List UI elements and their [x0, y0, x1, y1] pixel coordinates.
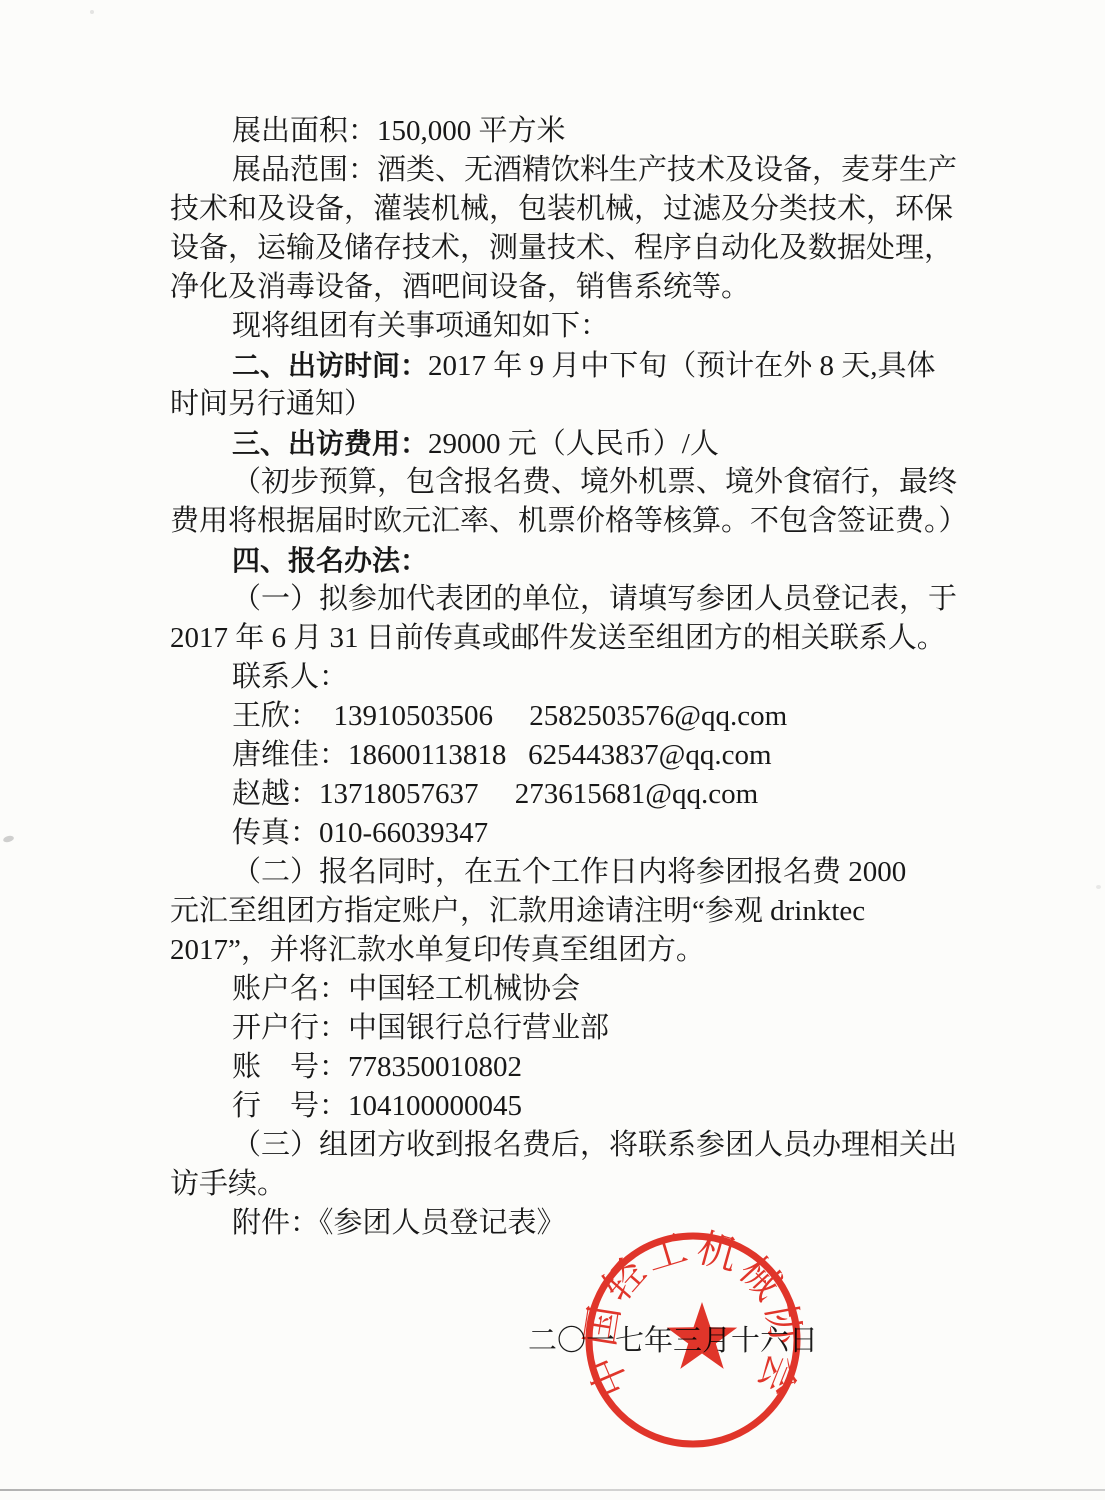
scan-edge-line: [0, 1489, 1105, 1491]
text-segment: 设备，运输及储存技术，测量技术、程序自动化及数据处理，: [170, 232, 953, 264]
text-line: 设备，运输及储存技术，测量技术、程序自动化及数据处理，: [170, 229, 980, 268]
text-segment: 净化及消毒设备，酒吧间设备，销售系统等。: [170, 271, 750, 303]
text-segment: 2017 年 9 月中下旬（预计在外 8 天,具体: [428, 350, 936, 382]
text-segment: 2017 年 6 月 31 日前传真或邮件发送至组团方的相关联系人。: [170, 622, 946, 654]
heading-segment: 三、出访费用：: [232, 428, 428, 459]
text-line: 2017 年 6 月 31 日前传真或邮件发送至组团方的相关联系人。: [170, 619, 980, 658]
text-line: 现将组团有关事项通知如下：: [170, 307, 980, 346]
text-segment: 费用将根据届时欧元汇率、机票价格等核算。不包含签证费。）: [170, 505, 968, 537]
official-seal-stamp: 中国轻工机械协会: [577, 1224, 809, 1456]
text-line: 二、出访时间：2017 年 9 月中下旬（预计在外 8 天,具体: [170, 346, 980, 385]
text-line: 费用将根据届时欧元汇率、机票价格等核算。不包含签证费。）: [170, 502, 980, 541]
text-line: 联系人：: [170, 658, 980, 697]
text-line: 展品范围：酒类、无酒精饮料生产技术及设备，麦芽生产: [170, 151, 980, 190]
text-line: 时间另行通知）: [170, 385, 980, 424]
text-segment: （三）组团方收到报名费后，将联系参团人员办理相关出: [232, 1129, 957, 1161]
text-line: 王欣： 13910503506 2582503576@qq.com: [170, 697, 980, 736]
text-segment: 开户行：中国银行总行营业部: [232, 1012, 609, 1044]
text-segment: 元汇至组团方指定账户，汇款用途请注明“参观 drinktec: [170, 895, 865, 927]
text-segment: 29000 元（人民币）/人: [428, 428, 719, 460]
text-segment: 展出面积：150,000 平方米: [232, 115, 566, 147]
document-lines: 展出面积：150,000 平方米展品范围：酒类、无酒精饮料生产技术及设备，麦芽生…: [170, 112, 980, 1243]
scan-speck: [90, 10, 94, 14]
text-segment: 账户名：中国轻工机械协会: [232, 973, 580, 1005]
text-segment: 技术和及设备，灌装机械，包装机械，过滤及分类技术，环保: [170, 193, 953, 225]
text-line: 赵越：13718057637 273615681@qq.com: [170, 775, 980, 814]
text-segment: 唐维佳：18600113818 625443837@qq.com: [232, 739, 772, 771]
text-segment: 赵越：13718057637 273615681@qq.com: [232, 778, 758, 810]
text-line: 附件：《参团人员登记表》: [170, 1204, 980, 1243]
text-line: 2017”，并将汇款水单复印传真至组团方。: [170, 931, 980, 970]
text-line: 开户行：中国银行总行营业部: [170, 1009, 980, 1048]
text-line: 唐维佳：18600113818 625443837@qq.com: [170, 736, 980, 775]
text-segment: 时间另行通知）: [170, 388, 373, 420]
text-segment: 王欣： 13910503506 2582503576@qq.com: [232, 700, 787, 732]
seal-text: 中国轻工机械协会: [577, 1225, 809, 1404]
text-line: （初步预算，包含报名费、境外机票、境外食宿行，最终: [170, 463, 980, 502]
text-line: （一）拟参加代表团的单位，请填写参团人员登记表，于: [170, 580, 980, 619]
text-segment: 访手续。: [170, 1168, 286, 1200]
text-segment: （一）拟参加代表团的单位，请填写参团人员登记表，于: [232, 583, 957, 615]
text-line: 三、出访费用：29000 元（人民币）/人: [170, 424, 980, 463]
scan-speck: [1096, 885, 1101, 889]
text-line: 账户名：中国轻工机械协会: [170, 970, 980, 1009]
text-segment: （初步预算，包含报名费、境外机票、境外食宿行，最终: [232, 466, 957, 498]
text-segment: 展品范围：酒类、无酒精饮料生产技术及设备，麦芽生产: [232, 154, 957, 186]
text-line: 四、报名办法：: [170, 541, 980, 580]
text-line: 行 号：104100000045: [170, 1087, 980, 1126]
text-segment: 附件：《参团人员登记表》: [232, 1207, 566, 1239]
text-segment: 现将组团有关事项通知如下：: [232, 310, 609, 342]
text-line: （二）报名同时，在五个工作日内将参团报名费 2000: [170, 853, 980, 892]
text-segment: 联系人：: [232, 661, 348, 693]
text-line: 展出面积：150,000 平方米: [170, 112, 980, 151]
text-line: 净化及消毒设备，酒吧间设备，销售系统等。: [170, 268, 980, 307]
text-line: （三）组团方收到报名费后，将联系参团人员办理相关出: [170, 1126, 980, 1165]
heading-segment: 二、出访时间：: [232, 350, 428, 381]
scan-speck: [2, 835, 14, 844]
heading-segment: 四、报名办法：: [232, 545, 428, 576]
star-icon: [667, 1302, 737, 1369]
text-segment: 2017”，并将汇款水单复印传真至组团方。: [170, 934, 705, 966]
text-line: 元汇至组团方指定账户，汇款用途请注明“参观 drinktec: [170, 892, 980, 931]
text-segment: 行 号：104100000045: [232, 1090, 522, 1122]
text-line: 传真：010-66039347: [170, 814, 980, 853]
text-segment: （二）报名同时，在五个工作日内将参团报名费 2000: [232, 856, 906, 888]
text-segment: 账 号：778350010802: [232, 1051, 522, 1083]
document-page: 展出面积：150,000 平方米展品范围：酒类、无酒精饮料生产技术及设备，麦芽生…: [0, 0, 1105, 1500]
text-line: 账 号：778350010802: [170, 1048, 980, 1087]
text-line: 技术和及设备，灌装机械，包装机械，过滤及分类技术，环保: [170, 190, 980, 229]
text-segment: 传真：010-66039347: [232, 817, 488, 849]
text-line: 访手续。: [170, 1165, 980, 1204]
